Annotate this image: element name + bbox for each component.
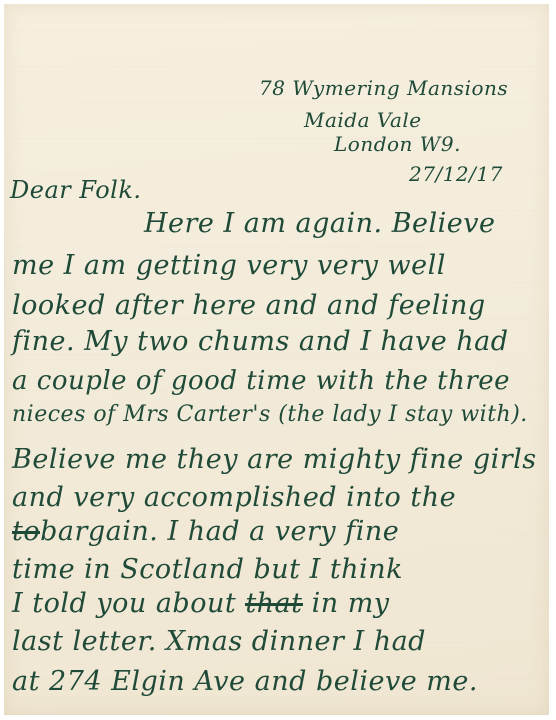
letter-date: 27/12/17 xyxy=(409,162,503,186)
body-line-3: looked after here and and feeling xyxy=(12,290,486,321)
struck-word: to xyxy=(12,516,40,547)
body-line-13: at 274 Elgin Ave and believe me. xyxy=(12,666,478,697)
body-line-1: Here I am again. Believe xyxy=(144,208,496,239)
struck-word: that xyxy=(245,588,302,619)
body-line-2: me I am getting very very well xyxy=(12,250,446,281)
body-line-11-text-b: in my xyxy=(312,588,390,619)
body-line-12: last letter. Xmas dinner I had xyxy=(12,626,426,657)
body-line-11: I told you about that in my xyxy=(12,588,390,619)
body-line-11-text-a: I told you about xyxy=(12,588,236,619)
body-line-5: a couple of good time with the three xyxy=(12,366,510,396)
body-line-7: Believe me they are mighty fine girls xyxy=(12,444,537,475)
letter-page: 78 Wymering Mansions Maida Vale London W… xyxy=(4,4,549,715)
body-line-9-text: bargain. I had a very fine xyxy=(40,516,399,547)
body-line-4: fine. My two chums and I have had xyxy=(12,326,509,357)
address-line-2: Maida Vale xyxy=(304,108,422,132)
address-line-1: 78 Wymering Mansions xyxy=(259,76,508,100)
body-line-9: tobargain. I had a very fine xyxy=(12,516,399,547)
body-line-10: time in Scotland but I think xyxy=(12,554,403,585)
salutation: Dear Folk. xyxy=(10,176,142,204)
body-line-6: nieces of Mrs Carter's (the lady I stay … xyxy=(12,402,528,427)
address-line-3: London W9. xyxy=(334,132,461,156)
body-line-8: and very accomplished into the xyxy=(12,482,456,513)
